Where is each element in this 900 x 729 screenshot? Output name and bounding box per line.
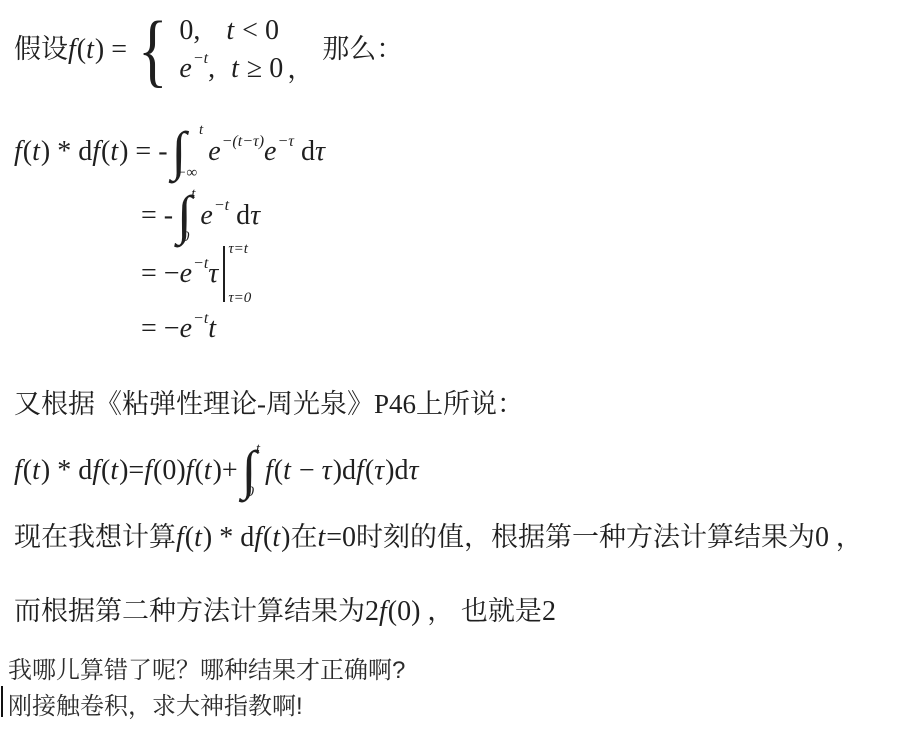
math-token: f: [356, 457, 365, 485]
math-token: (: [365, 457, 374, 485]
math-token: −(t−τ): [222, 133, 264, 151]
math-token: (: [23, 457, 32, 485]
math-token: τ: [322, 457, 333, 485]
math-token: −t: [193, 50, 208, 68]
math-token: t: [32, 138, 41, 166]
math-token: d: [229, 202, 250, 230]
math-token: t: [32, 457, 41, 485]
question-line: 我哪儿算错了呢？哪种结果才正确啊?: [8, 650, 405, 685]
math-token: ) =: [95, 36, 134, 64]
math-token: (: [274, 457, 283, 485]
math-token: )+: [213, 457, 238, 485]
math-token: ) * d: [41, 457, 92, 485]
math-token: f: [176, 524, 185, 552]
math-token: e: [264, 138, 277, 166]
math-token: τ=0: [228, 291, 251, 306]
math-token: =0: [326, 524, 356, 552]
math-token: f: [92, 138, 101, 166]
plea-line[interactable]: 刚接触卷积，求大神指教啊!: [8, 686, 303, 721]
conclusion-method-2: 而根据第二种方法计算结果为2f(0) ， 也就是2: [14, 594, 556, 630]
math-token: ,: [208, 55, 215, 83]
math-token: {0,t < 0e−t,t ≥ 0: [138, 15, 283, 85]
math-token: ) * d: [203, 524, 254, 552]
math-token: f: [379, 598, 388, 626]
math-token: ): [281, 524, 290, 552]
math-token: e: [180, 315, 193, 343]
math-token: t: [110, 138, 119, 166]
math-token: τ=t: [228, 242, 251, 257]
derivation-line-3: = −e−tττ=tτ=0: [141, 242, 251, 306]
math-token: e: [208, 138, 221, 166]
evaluation-bar-icon: [223, 246, 225, 302]
math-token: 时刻的值，根据第一种方法计算结果为: [356, 522, 815, 553]
math-token: (: [185, 524, 194, 552]
math-token: t: [86, 36, 95, 64]
math-token: (: [101, 138, 110, 166]
math-token: e−t,t ≥ 0: [179, 55, 283, 83]
math-token: τ: [250, 202, 261, 230]
math-token: ) * d: [41, 138, 92, 166]
math-token: (: [194, 457, 203, 485]
math-token: = −: [141, 315, 180, 343]
math-token: −∞: [176, 166, 197, 181]
math-token: t: [199, 123, 203, 138]
math-token: (: [23, 138, 32, 166]
intro-line: 假设f(t) = {0,t < 0e−t,t ≥ 0，那么：: [14, 10, 403, 90]
math-token: 0,t < 0e−t,t ≥ 0: [179, 17, 283, 83]
derivation-line-1: f(t) * df(t) = -∫t−∞e−(t−τ)e−τ dτ: [14, 122, 326, 182]
math-token: 0: [815, 524, 829, 552]
math-token: 0: [246, 485, 254, 500]
math-token: (0): [388, 598, 421, 626]
book-reference-line: 又根据《粘弹性理论-周光泉》P46上所说：: [14, 382, 524, 421]
math-token: e: [179, 55, 192, 83]
math-token: d: [294, 138, 315, 166]
math-token: f: [265, 457, 274, 485]
conclusion-method-1: 现在我想计算f(t) * df(t)在t=0时刻的值，根据第一种方法计算结果为0…: [14, 520, 863, 556]
math-token: t: [272, 524, 281, 552]
math-token: 现在我想计算: [14, 522, 176, 553]
math-token: f: [68, 36, 77, 64]
math-token: ≥ 0: [240, 55, 283, 83]
math-token: 2: [542, 598, 556, 626]
math-token: τ: [409, 457, 420, 485]
derivation-line-4: = −e−tt: [141, 308, 217, 350]
math-token: < 0: [235, 17, 279, 45]
math-token: −t: [193, 255, 208, 273]
math-token: = −: [141, 260, 180, 288]
math-token: τ: [208, 260, 219, 288]
math-token: ) = -: [119, 138, 167, 166]
math-token: t: [226, 17, 235, 45]
math-token: t: [194, 524, 203, 552]
math-token: 0,t < 0: [179, 17, 283, 45]
math-token: ∫t−∞: [172, 123, 207, 181]
text-cursor[interactable]: [1, 686, 3, 717]
math-token: f: [186, 457, 195, 485]
math-token: τ: [374, 457, 385, 485]
math-token: ， 也就是: [420, 596, 542, 627]
math-token: 在: [290, 522, 317, 553]
math-token: e: [200, 202, 213, 230]
math-token: (0): [153, 457, 186, 485]
math-token: )=: [119, 457, 144, 485]
math-token: f: [14, 138, 23, 166]
brace-icon: {: [138, 15, 168, 85]
math-token: −τ: [277, 133, 294, 151]
math-token: t: [208, 315, 217, 343]
math-token: t: [204, 457, 213, 485]
math-token: = -: [141, 202, 173, 230]
math-token: f: [92, 457, 101, 485]
math-token: t: [317, 524, 326, 552]
math-token: τ=tτ=0: [223, 242, 251, 306]
math-token: ∫t0: [242, 442, 263, 500]
math-token: ，: [829, 522, 863, 553]
math-token: (: [101, 457, 110, 485]
math-token: −t: [193, 310, 208, 328]
math-token: −: [292, 457, 322, 485]
math-token: t: [231, 55, 240, 83]
math-token: )d: [333, 457, 356, 485]
math-token: τ: [315, 138, 326, 166]
math-token: e: [180, 260, 193, 288]
math-token: τ=tτ=0: [228, 242, 251, 306]
math-token: f: [14, 457, 23, 485]
math-token: 2: [365, 598, 379, 626]
math-token: t: [283, 457, 292, 485]
math-token: 假设: [14, 34, 68, 65]
math-token: ，: [287, 47, 314, 86]
math-token: )d: [385, 457, 408, 485]
math-token: 0,: [179, 17, 200, 45]
math-token: (: [77, 36, 86, 64]
math-token: −t: [214, 197, 229, 215]
document-page: { "colors": { "background": "#ffffff", "…: [0, 0, 900, 729]
math-token: f: [254, 524, 263, 552]
derivation-line-2: = -∫t0e−t dτ: [141, 186, 261, 246]
book-formula: f(t) * df(t)=f(0)f(t)+∫t0f(t − τ)df(τ)dτ: [14, 444, 420, 498]
math-token: ∫t0: [177, 187, 198, 245]
math-token: 那么：: [322, 34, 403, 65]
math-token: f: [144, 457, 153, 485]
math-token: 而根据第二种方法计算结果为: [14, 596, 365, 627]
math-token: (: [263, 524, 272, 552]
math-token: t: [110, 457, 119, 485]
